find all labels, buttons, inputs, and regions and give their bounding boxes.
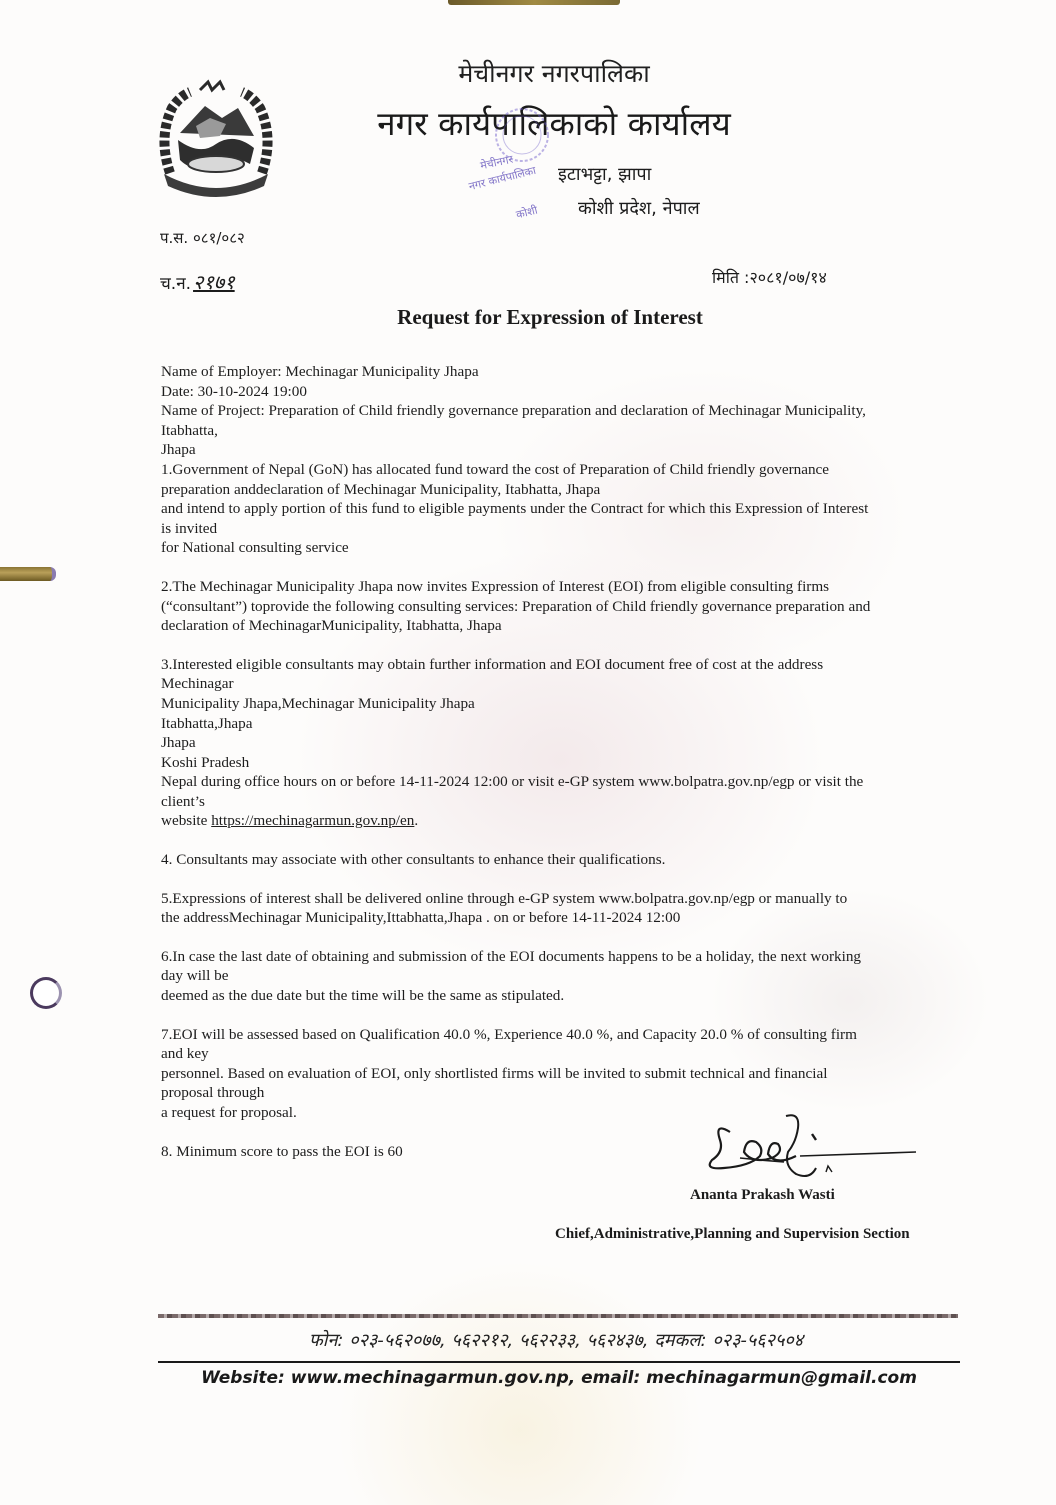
body-line: Itabhatta, bbox=[161, 421, 961, 441]
body-line: day will be bbox=[161, 966, 961, 986]
body-line: 7.EOI will be assessed based on Qualific… bbox=[161, 1025, 961, 1045]
footer-website-email: Website: www.mechinagarmun.gov.np, email… bbox=[0, 1368, 1056, 1388]
footer-divider-top bbox=[158, 1314, 958, 1318]
dispatch-label: च.न. bbox=[160, 274, 191, 294]
municipality-website-link[interactable]: https://mechinagarmun.gov.np/en bbox=[211, 812, 414, 829]
footer-phone-numbers: फोन: ०२३-५६२०७७, ५६२२१२, ५६२२३३, ५६२४३७,… bbox=[0, 1328, 1056, 1352]
body-line: for National consulting service bbox=[161, 538, 961, 558]
body-line: 3.Interested eligible consultants may ob… bbox=[161, 655, 961, 675]
document-body: Name of Employer: Mechinagar Municipalit… bbox=[161, 362, 961, 1161]
body-line: Itabhatta,Jhapa bbox=[161, 714, 961, 734]
municipality-name: मेचीनगर नगरपालिका bbox=[0, 56, 1056, 90]
body-line: Name of Project: Preparation of Child fr… bbox=[161, 401, 961, 421]
signatory-title: Chief,Administrative,Planning and Superv… bbox=[555, 1226, 910, 1243]
body-line: and key bbox=[161, 1044, 961, 1064]
body-line: client’s bbox=[161, 792, 961, 812]
body-line: Jhapa bbox=[161, 440, 961, 460]
dispatch-number-value: २१७१ bbox=[193, 270, 235, 294]
footer-divider-bottom bbox=[158, 1361, 960, 1363]
paragraph-gap bbox=[161, 636, 961, 655]
document-title: Request for Expression of Interest bbox=[0, 305, 1056, 330]
punch-hole bbox=[30, 977, 62, 1009]
body-line: Name of Employer: Mechinagar Municipalit… bbox=[161, 362, 961, 382]
letter-date: मिति :२०८१/०७/१४ bbox=[712, 266, 827, 288]
fiscal-year: प.स. ०८१/०८२ bbox=[160, 228, 245, 248]
body-line: 4. Consultants may associate with other … bbox=[161, 850, 961, 870]
binder-clip-left bbox=[0, 567, 56, 581]
body-line: 6.In case the last date of obtaining and… bbox=[161, 947, 961, 967]
body-line: is invited bbox=[161, 519, 961, 539]
website-line: website https://mechinagarmun.gov.np/en. bbox=[161, 811, 961, 831]
body-line: declaration of MechinagarMunicipality, I… bbox=[161, 616, 961, 636]
body-line: Koshi Pradesh bbox=[161, 753, 961, 773]
body-line: preparation anddeclaration of Mechinagar… bbox=[161, 480, 961, 500]
body-line: personnel. Based on evaluation of EOI, o… bbox=[161, 1064, 961, 1084]
body-line: Date: 30-10-2024 19:00 bbox=[161, 382, 961, 402]
body-paragraphs-1: Name of Employer: Mechinagar Municipalit… bbox=[161, 362, 961, 811]
body-line: 1.Government of Nepal (GoN) has allocate… bbox=[161, 460, 961, 480]
body-line: proposal through bbox=[161, 1083, 961, 1103]
office-name: नगर कार्यपालिकाको कार्यालय bbox=[0, 100, 1056, 145]
body-line: Jhapa bbox=[161, 733, 961, 753]
dispatch-number: च.न.२१७१ bbox=[160, 268, 235, 295]
body-line: 2.The Mechinagar Municipality Jhapa now … bbox=[161, 577, 961, 597]
paragraph-gap bbox=[161, 1006, 961, 1025]
paragraph-gap bbox=[161, 870, 961, 889]
body-line: the addressMechinagar Municipality,Ittab… bbox=[161, 908, 961, 928]
paragraph-gap bbox=[161, 928, 961, 947]
binder-clip-top bbox=[448, 0, 620, 5]
signatory-name: Ananta Prakash Wasti bbox=[690, 1187, 835, 1204]
body-line: Municipality Jhapa,Mechinagar Municipali… bbox=[161, 694, 961, 714]
body-line: (“consultant”) toprovide the following c… bbox=[161, 597, 961, 617]
paragraph-gap bbox=[161, 558, 961, 577]
signature bbox=[700, 1112, 920, 1184]
body-line: and intend to apply portion of this fund… bbox=[161, 499, 961, 519]
body-line: Nepal during office hours on or before 1… bbox=[161, 772, 961, 792]
paragraph-gap bbox=[161, 831, 961, 850]
body-line: deemed as the due date but the time will… bbox=[161, 986, 961, 1006]
body-line: 5.Expressions of interest shall be deliv… bbox=[161, 889, 961, 909]
address-line-2: कोशी प्रदेश, नेपाल bbox=[578, 196, 700, 220]
address-line-1: इटाभट्टा, झापा bbox=[558, 162, 651, 186]
body-line: Mechinagar bbox=[161, 674, 961, 694]
